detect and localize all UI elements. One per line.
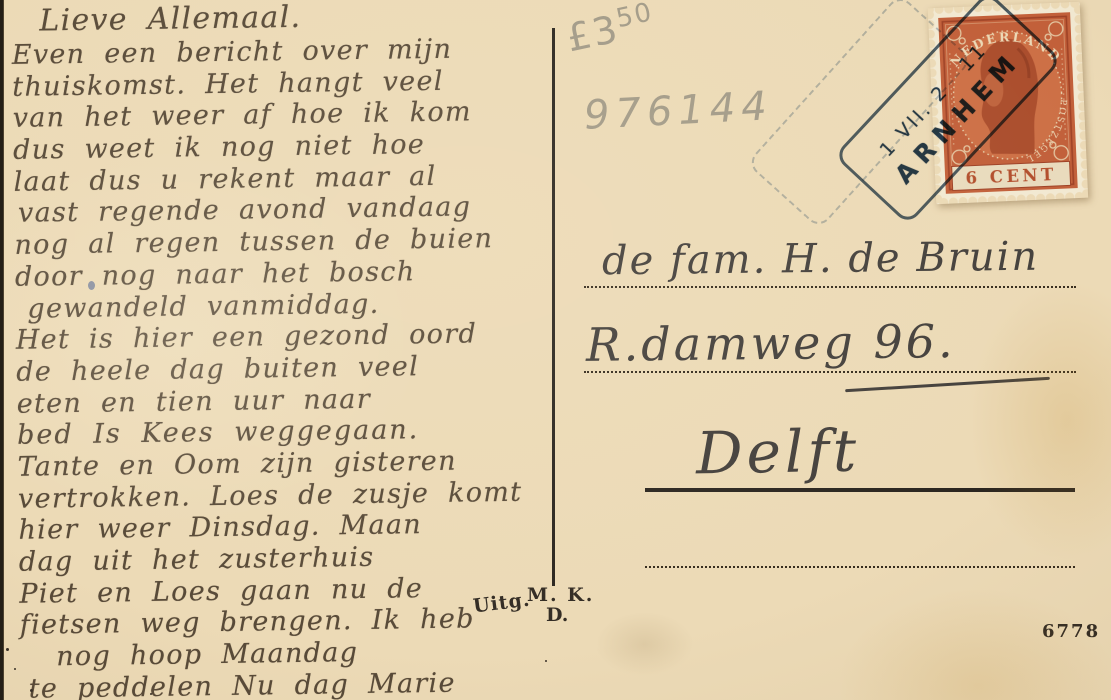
pencil-catalog-number: 976144 — [583, 83, 774, 139]
paper-speck — [545, 660, 547, 662]
paper-speck — [14, 668, 16, 670]
address-dotted-line — [584, 371, 1076, 373]
publisher-initials: D. — [546, 604, 568, 626]
publisher-initials: M. K. — [527, 584, 594, 606]
postcard-back: Lieve Allemaal. Even een bericht over mi… — [0, 0, 1111, 700]
address-solid-line — [645, 488, 1075, 492]
paper-speck — [150, 693, 152, 695]
divider-line — [552, 28, 555, 586]
pen-flourish-stroke — [845, 377, 1050, 392]
pencil-price-mark: £350 — [562, 0, 659, 60]
card-left-edge — [0, 0, 4, 700]
address-dotted-line — [584, 286, 1076, 288]
address-street: R.damweg 96. — [586, 314, 956, 372]
address-city: Delft — [695, 417, 860, 488]
paper-speck — [30, 689, 33, 692]
serial-number: 6778 — [1042, 621, 1100, 642]
address-dotted-line — [645, 566, 1075, 568]
address-recipient: de fam. H. de Bruin — [602, 234, 1040, 285]
pencil-price-fraction: 50 — [613, 0, 656, 34]
paper-speck — [6, 648, 9, 651]
ink-blot — [88, 281, 95, 290]
stamp-value-text: 6 CENT — [965, 165, 1057, 188]
